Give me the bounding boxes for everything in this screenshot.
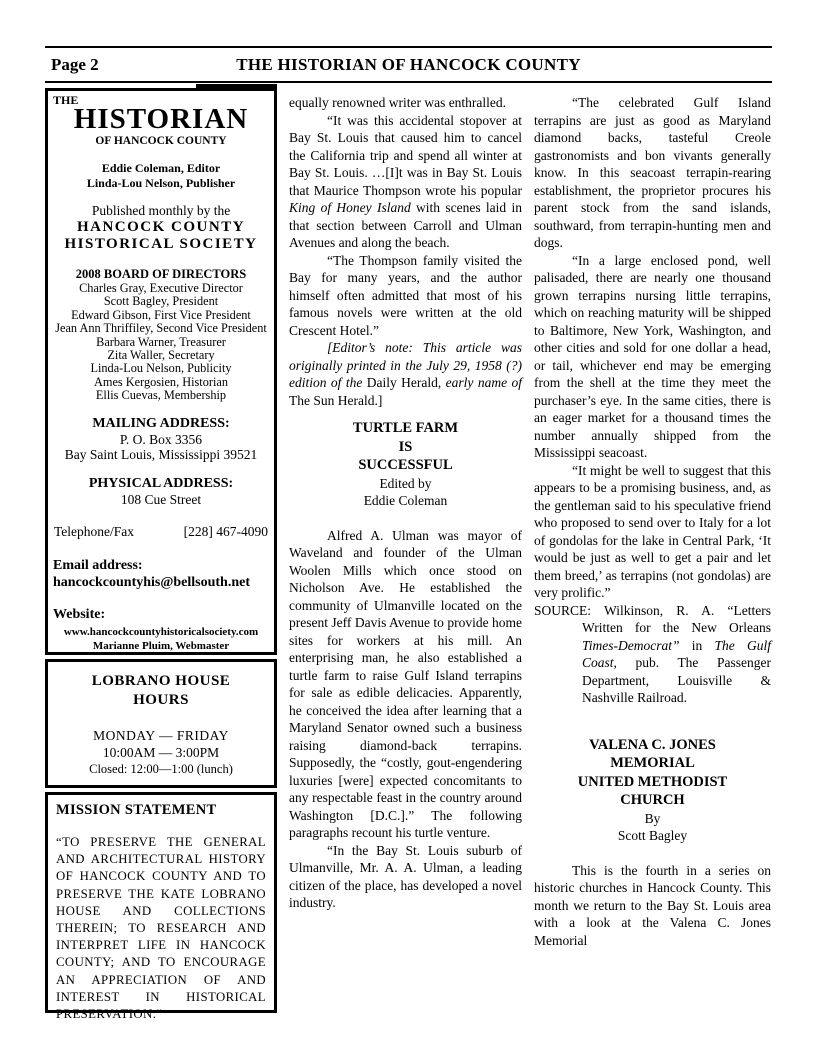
board-member: Barbara Warner, Treasurer [53,336,269,349]
website-label: Website: [53,607,269,623]
newsletter-title: THE HISTORIAN OF HANCOCK COUNTY [45,55,772,75]
editor-line: Eddie Coleman, Editor [53,161,269,176]
board-member: Scott Bagley, President [53,295,269,308]
hours-title-line2: HOURS [52,691,270,710]
heading-line: VALENA C. JONES [534,736,771,755]
phone-number: [228] 467-4090 [184,524,268,540]
article-byline: Edited by Eddie Coleman [289,475,522,510]
article-paragraph: “In the Bay St. Louis suburb of Ulmanvil… [289,842,522,912]
byline-line: Eddie Coleman [289,492,522,510]
mailing-address-heading: MAILING ADDRESS: [53,416,269,432]
article-paragraph: This is the fourth in a series on histor… [534,862,771,950]
published-by-line: Published monthly by the [53,203,269,219]
physical-address-heading: PHYSICAL ADDRESS: [53,476,269,492]
website-url: www.hancockcountyhistoricalsociety.com [53,625,269,639]
board-member: Charles Gray, Executive Director [53,282,269,295]
heading-line: TURTLE FARM [289,419,522,438]
heading-line: CHURCH [534,791,771,810]
book-title: King of Honey Island [289,200,411,215]
webmaster-line: Marianne Pluim, Webmaster [53,639,269,653]
article-heading: VALENA C. JONES MEMORIAL UNITED METHODIS… [534,736,771,810]
editors-note: [Editor’s note: This article was origina… [289,339,522,409]
article-paragraph: Alfred A. Ulman was mayor of Waveland an… [289,527,522,842]
spacer [289,510,522,527]
phone-row: Telephone/Fax [228] 467-4090 [53,524,269,540]
masthead-title: HISTORIAN [53,104,269,134]
newsletter-page: Page 2 THE HISTORIAN OF HANCOCK COUNTY T… [0,0,816,1056]
masthead-column: THE HISTORIAN OF HANCOCK COUNTY Eddie Co… [45,88,277,1013]
heading-line: SUCCESSFUL [289,456,522,475]
board-member: Zita Waller, Secretary [53,349,269,362]
article-paragraph: “The Thompson family visited the Bay for… [289,252,522,340]
mission-text: “TO PRESERVE THE GENERAL AND ARCHITECTUR… [56,834,266,1023]
email-address: hancockcountyhis@bellsouth.net [53,574,269,592]
board-member: Ames Kergosien, Historian [53,376,269,389]
byline-line: Scott Bagley [534,827,771,845]
hours-title-line1: LOBRANO HOUSE [52,672,270,691]
email-label: Email address: [53,558,269,574]
hours-closed: Closed: 12:00—1:00 (lunch) [52,761,270,777]
article-heading: TURTLE FARM IS SUCCESSFUL [289,419,522,475]
hours-box: LOBRANO HOUSE HOURS MONDAY — FRIDAY 10:0… [45,659,277,788]
hours-days: MONDAY — FRIDAY [52,727,270,744]
heading-line: IS [289,438,522,457]
note-text: The Sun Herald.] [289,393,382,408]
board-member: Jean Ann Thriffiley, Second Vice Preside… [53,322,269,335]
heading-line: UNITED METHODIST [534,773,771,792]
mailing-address-line1: P. O. Box 3356 [53,432,269,448]
masthead-staff: Eddie Coleman, Editor Linda-Lou Nelson, … [53,161,269,190]
publisher-line: Linda-Lou Nelson, Publisher [53,176,269,191]
byline-line: Edited by [289,475,522,493]
heading-line: MEMORIAL [534,754,771,773]
header-bottom-rule [45,81,772,83]
mailing-address-line2: Bay Saint Louis, Mississippi 39521 [53,447,269,463]
article-paragraph: equally renowned writer was enthralled. [289,94,522,112]
board-heading: 2008 BOARD OF DIRECTORS [53,267,269,282]
note-text: Daily Herald, [367,375,446,390]
board-member: Linda-Lou Nelson, Publicity [53,362,269,375]
hours-times: 10:00AM — 3:00PM [52,744,270,761]
paragraph-text: “It was this accidental stopover at Bay … [289,113,522,198]
board-list: Charles Gray, Executive Director Scott B… [53,282,269,403]
right-column: “The celebrated Gulf Island terrapins ar… [534,88,771,1013]
masthead-subtitle: OF HANCOCK COUNTY [53,135,269,147]
publication-title: Times-Democrat” [582,638,680,653]
article-paragraph: “It was this accidental stopover at Bay … [289,112,522,252]
mission-heading: MISSION STATEMENT [56,802,266,819]
source-citation: SOURCE: Wilkinson, R. A. “Letters Writte… [534,602,771,707]
article-paragraph: “In a large enclosed pond, well palisade… [534,252,771,462]
phone-label: Telephone/Fax [54,524,134,540]
article-paragraph: “The celebrated Gulf Island terrapins ar… [534,94,771,252]
header-row: Page 2 THE HISTORIAN OF HANCOCK COUNTY [45,48,772,81]
top-border-accent [196,84,277,91]
spacer [534,845,771,862]
note-text: early name of [446,375,522,390]
middle-column: equally renowned writer was enthralled. … [289,88,522,1013]
article-byline: By Scott Bagley [534,810,771,845]
society-name-line2: HISTORICAL SOCIETY [53,236,269,253]
article-paragraph: “It might be well to suggest that this a… [534,462,771,602]
page-number: Page 2 [51,55,99,75]
content-columns: THE HISTORIAN OF HANCOCK COUNTY Eddie Co… [45,88,771,1013]
physical-address-line1: 108 Cue Street [53,492,269,508]
mission-box: MISSION STATEMENT “TO PRESERVE THE GENER… [45,792,277,1013]
byline-line: By [534,810,771,828]
page-header: Page 2 THE HISTORIAN OF HANCOCK COUNTY [45,46,772,83]
society-name-line1: HANCOCK COUNTY [53,219,269,236]
board-member: Edward Gibson, First Vice President [53,309,269,322]
source-text: SOURCE: Wilkinson, R. A. “Letters Writte… [534,603,771,636]
source-text: in [680,638,715,653]
board-member: Ellis Cuevas, Membership [53,389,269,402]
masthead-box: THE HISTORIAN OF HANCOCK COUNTY Eddie Co… [45,88,277,655]
